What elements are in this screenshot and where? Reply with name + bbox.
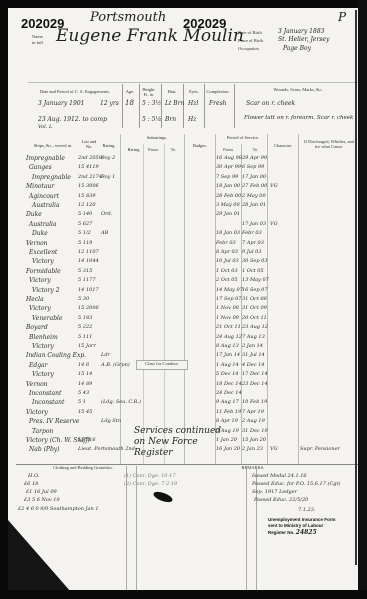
clothing-entry: H.O. [28,474,39,479]
col-divider [246,466,247,594]
period-from: 1 Oct 03 [216,269,238,274]
remark-line: Sep. 1917 Ledger [252,490,297,495]
list-number: 12 120 [78,203,96,208]
hair-2: Brn [165,117,176,123]
conduct-badge-entry: (1) Conr. Dge. 10-17 [124,474,176,479]
period-to-header: To [248,148,262,153]
occupation: Page Boy [283,45,311,52]
ship-name: Edgar [29,363,48,369]
right-rule [355,10,357,565]
marks-header: Wounds, Scars, Marks, &c. [258,88,338,93]
ship-name: Indian Coaling Exp. [26,353,86,359]
ship-name: Duke [32,231,48,237]
stamp-line: Unemployment Insurance Form [268,517,336,523]
dob-label: Date of Birth [238,30,262,36]
eyes-header: Eyes. [186,90,202,95]
rating: Ldr [101,353,110,358]
marks-1: Scar on r. cheek [246,101,295,107]
period-to: 27 Feb 00 [242,184,267,189]
complexion-1: Fresh [209,101,227,107]
stamp-line: Register No. [268,530,295,535]
continuation-annotation: Services continued on New Force Register [134,426,224,459]
remark-line: Passed Educ. for P.O. 15.6.17 (Cgt) [252,482,340,487]
character: VG [270,447,278,452]
period-to: 29 Apr 99 [242,156,267,161]
clothing-entry: £3 5 6 Nov 10 [24,498,60,503]
list-number: 5 183 [78,316,92,321]
period-from-header: From [220,148,236,153]
list-number: 14 6 [78,363,89,368]
period-from: Febr 03 [216,241,236,246]
period-from: 9 Aug 17 [216,400,239,405]
ship-name: Inconstant [29,391,61,397]
ship-name: Duke [26,212,42,218]
period-to: 17 Dec 14 [242,372,268,377]
occupation-label: Occupation [238,46,259,52]
period-from: 8 Apr 19 [216,419,238,424]
ship-name: Agincourt [29,194,59,200]
ship-name: Victory [32,372,54,378]
remark-line: Passed Educ. 22/5/20 [254,498,308,503]
period-from: 16 Aug 98 [216,156,242,161]
corner-mark: P [338,10,346,24]
period-to: Febr 03 [242,231,262,236]
col-divider [143,144,144,464]
period-to: 20 Oct 11 [242,316,267,321]
period-from: 7 Sep 99 [216,175,238,180]
ship-name: Excellent [29,250,57,256]
sub-to-header: To [168,148,178,153]
period-header: Period of Service. [220,136,266,141]
ink-blot [152,490,174,504]
rating: (Ldg. Sea. C.R.) [101,400,141,405]
col-divider [241,144,242,464]
period-from: 10 Jul 03 [216,259,239,264]
conduct-header: Class for Conduct. [137,361,187,367]
list-number: 15 3006 [78,184,99,189]
period-to: 23 Dec 14 [242,382,268,387]
period-from: 28 Feb 00 [216,194,241,199]
ship-name: Victory 2 [32,288,60,294]
remark-line: Issued Medal 24.1.16 [252,474,307,479]
ship-name: Victory [26,410,48,416]
list-number: 14 89 [78,382,92,387]
ship-name: Victory [29,306,51,312]
engagement-note: Vol. L [38,125,52,130]
period-to: 2 Jan 14 [242,344,263,349]
period-to: 6 Sep 99 [242,165,264,170]
period-to: 31 Jul 14 [242,353,265,358]
sub-from-header: From [146,148,160,153]
ship-name: Venerable [32,316,63,322]
list-number: 5 30 [78,297,89,302]
period-to: 31 Oct 09 [242,306,267,311]
marks-2: Flower tatt on r. forearm. Scar r. cheek [244,116,354,122]
character-header: Character. [271,144,295,149]
period-from: 17 Sep 07 [216,297,242,302]
period-to: 4 Dec 14 [242,363,265,368]
period-to: 23 Aug 12 [242,325,268,330]
name-label: Name in full [32,34,46,46]
hair-1: Lt Brn [165,101,184,107]
period-from: 8 Apr 03 [216,250,238,255]
folded-corner [8,520,78,599]
list-number: 15 Jarr [78,344,96,349]
rating-header: Rating. [100,144,118,149]
list-number: 5 315 [78,269,92,274]
height-2: 5 : 5¼ [142,117,161,123]
period-from: 18 Jan 03 [216,231,240,236]
list-number: 15 4119 [78,165,99,170]
clothing-header: Clothing and Bedding Gratuities. [48,466,118,471]
conduct-box: Class for Conduct. [136,360,188,370]
list-number: 2nd 2059 [78,156,102,161]
remarks-header: REMARKS. [233,466,273,471]
ship-name: Impregnable [26,156,65,162]
place-of-birth: St. Helier, Jersey [278,36,329,43]
eyes-2: Hz [188,117,196,123]
period-to: 13 May 07 [242,278,269,283]
period-from: 18 Jan 00 [216,184,240,189]
period-from: 11 Feb 19 [216,410,241,415]
period-to: 30 Sep 03 [242,259,268,264]
period-from: 21 Oct 11 [216,325,241,330]
clothing-entry: £2 4 6 0 9/0 Southampton Jan 1 [18,507,99,512]
period-from: 2 Oct 05 [216,278,238,283]
rating: A.B. (Grpn) [101,363,130,368]
rating: Boy 2 [101,156,115,161]
period-from: 1 Aug 14 [216,363,239,368]
pob-label: Place of Birth [238,38,263,44]
full-name: Eugene Frank Moulin [56,26,244,46]
scan-border [358,0,367,599]
period-from: 14 May 07 [216,288,243,293]
list-number: 15 45 [78,410,92,415]
scan-border [0,590,367,599]
height-1: 5 : 3½ [142,101,161,107]
ship-name: Ganges [29,165,52,171]
register-number: 24825 [296,529,317,536]
height-header: Height. Ft. in. [141,88,157,98]
col-divider [139,84,140,128]
col-divider [120,134,121,464]
ship-name: Boyard [26,325,48,331]
date-of-birth: 3 January 1883 [278,28,324,35]
period-to: 31 Dec 19 [242,429,268,434]
list-number: 2nd 2174 [78,175,102,180]
period-to: 2 Jan 23 [242,447,263,452]
conduct-badge-entry: (2) Conr. Dge. 7-2-19 [124,482,177,487]
ship-name: Formidable [26,269,61,275]
list-number: 15 2006 [78,306,99,311]
rating: Ldg Stn [101,419,121,424]
rating: Ord. [101,212,112,217]
list-no-header: List and No. [80,140,98,150]
col-divider [204,84,205,128]
list-number: 5 1 [78,400,86,405]
engagement-date-2: 23 Aug. 1912. to comp [38,117,107,123]
period-to: 31 Oct 08 [242,297,267,302]
period-from: 29 Jan 01 [216,212,240,217]
ship-name: Tarpon [32,429,53,435]
ship-name: Nab (Pby) [29,447,60,453]
list-number: 15 839 [78,194,96,199]
period-from: 17 Jan 14 [216,353,240,358]
ship-name: Hecla [26,297,44,303]
discharged-cause: Supr. Pensioner [300,447,340,452]
ship-name: Vernon [26,241,48,247]
ship-name: Pres. IV Reserve [29,419,79,425]
character: VG [270,184,278,189]
port-division: Portsmouth [90,10,166,25]
period-to: 7 Apr 03 [242,241,264,246]
ship-name: Inconstant [32,400,64,406]
period-to: 28 Jan 01 [242,203,266,208]
period-to: 7 Aug 13 [242,335,265,340]
period-to: 17 Jan 03 [242,222,266,227]
rating: Boy 1 [101,175,115,180]
period-to: 7 Apr 19 [242,410,264,415]
list-number: 5 43 [78,391,89,396]
period-to: 9 Jul 03 [242,250,262,255]
substantive-header: Subratings. [132,136,182,141]
list-number: 5 1177 [78,278,96,283]
col-divider [184,134,185,464]
list-number: 5 627 [78,222,92,227]
list-number: 14 1017 [78,288,99,293]
list-number: Lieut. Portsmouth 2nd [78,447,135,452]
complexion-header: Complexion. [206,90,230,95]
ship-name: Blenheim [29,335,58,341]
period-from: 1 Nov 09 [216,316,239,321]
period-to: 10 Feb 19 [242,400,267,405]
period-from: 8 Aug 13 [216,344,239,349]
period-from: 18 Dec 14 [216,382,242,387]
list-number: 5 111 [78,335,92,340]
col-divider [298,134,299,464]
ship-name: Australia [32,203,60,209]
period-from: 1 Nov 08 [216,306,239,311]
eyes-1: Hzl [188,101,198,107]
period-to: 15 Jan 20 [242,438,266,443]
badges-header: Badges. [190,144,210,149]
col-divider [234,84,235,128]
period-to: 16 Sep 07 [242,288,268,293]
col-divider [122,84,123,128]
ship-name: Vernon [26,382,48,388]
engagement-date-1: 3 January 1901 [38,101,84,107]
engagement-header: Date and Period of C. S. Engagements. [30,90,120,95]
list-number: 5 119 [78,241,92,246]
rating: AB [101,231,108,236]
col-divider [164,144,165,464]
ship-name: Victory [29,278,51,284]
list-number: 15 316 [78,438,96,443]
period-to: 1 Oct 05 [242,269,264,274]
remark-date: 7.1.23. [298,508,316,513]
ships-header: Ships, &c., served in. [28,144,78,149]
period-from: 24 Aug 12 [216,335,242,340]
period-from: 30 Apr 99 [216,165,241,170]
list-number: 14 1044 [78,259,99,264]
period-to: 2 Aug 19 [242,419,265,424]
period-to: 17 Jan 00 [242,175,266,180]
list-number: 5 1/2 [78,231,91,236]
sub-rating-header: Rating. [126,148,142,153]
period-from: 24 Dec 14 [216,391,242,396]
divider [28,82,358,83]
character: VG [270,222,278,227]
unemployment-stamp: Unemployment Insurance Form sent to Mini… [268,517,336,536]
list-number: 5 140 [78,212,92,217]
hair-header: Hair. [164,90,180,95]
period-from: 5 Dec 14 [216,372,239,377]
ship-name: Australia [29,222,57,228]
engagement-period-1: 12 yrs [100,101,119,107]
list-number: 5 222 [78,325,92,330]
period-from: 3 May 00 [216,203,240,208]
ship-name: Minotaur [26,184,54,190]
age-1: 18 [125,100,134,107]
service-record-page: 202029 Portsmouth 202029 P Name in full … [8,8,358,594]
clothing-entry: £1 16 Jul 09 [26,490,57,495]
ship-name: Victory [32,259,54,265]
list-number: 15 14 [78,372,92,377]
ship-name: Victory [32,344,54,350]
period-to: 2 May 00 [242,194,266,199]
discharged-header: If Discharged, Whither, and for what Cau… [303,140,355,150]
list-number: 12 1107 [78,250,99,255]
clothing-entry: £6 18 [24,482,38,487]
age-header: Age. [124,90,136,95]
ship-name: Impregnable [32,175,71,181]
